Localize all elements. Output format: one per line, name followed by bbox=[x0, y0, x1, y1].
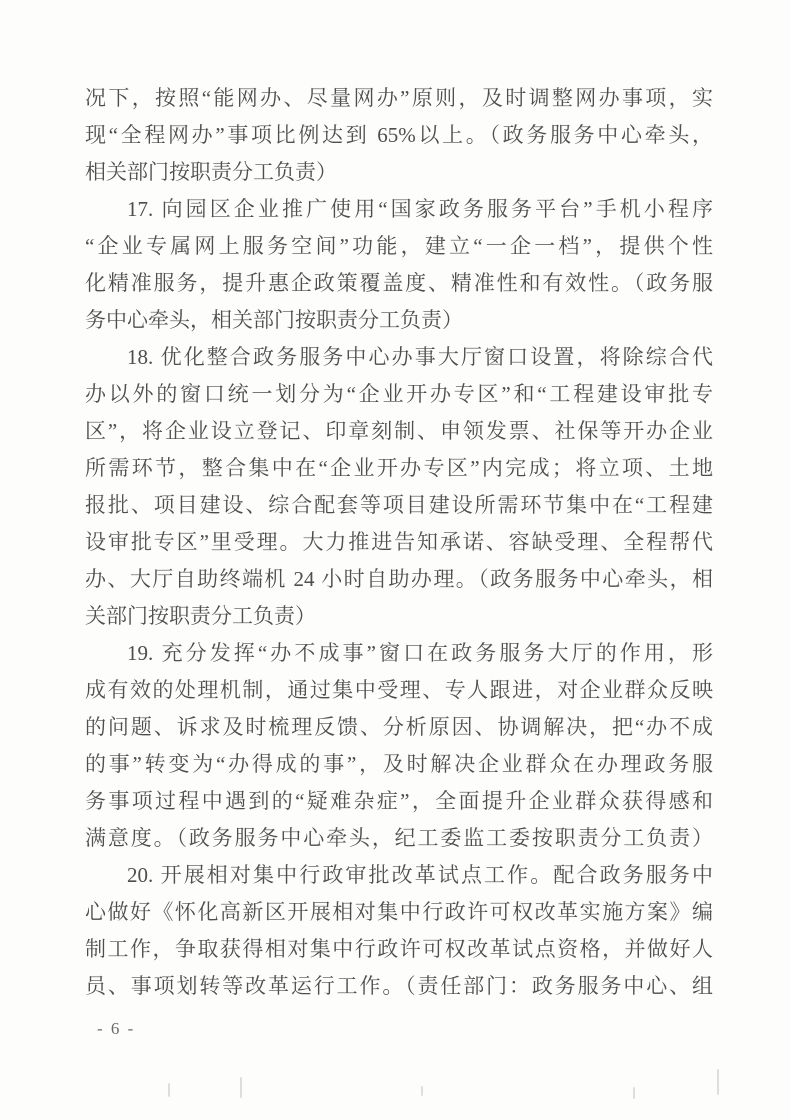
paragraph-item-17: 17. 向园区企业推广使用“国家政务服务平台”手机小程序 “企业专属网上服务空间… bbox=[85, 191, 713, 339]
scan-artifact bbox=[717, 1069, 719, 1095]
paragraph-item-16-continuation: 况下，按照“能网办、尽量网办”原则，及时调整网办事项，实 现“全程网办”事项比例… bbox=[85, 80, 713, 191]
text-line: 制工作，争取获得相对集中行政许可权改革试点资格，并做好人 bbox=[85, 931, 713, 968]
text-line: 报批、项目建设、综合配套等项目建设所需环节集中在“工程建 bbox=[85, 487, 713, 524]
text-line: 20. 开展相对集中行政审批改革试点工作。配合政务服务中 bbox=[85, 857, 713, 894]
text-line: 所需环节，整合集中在“企业开办专区”内完成；将立项、土地 bbox=[85, 450, 713, 487]
paragraph-item-18: 18. 优化整合政务服务中心办事大厅窗口设置，将除综合代 办以外的窗口统一划分为… bbox=[85, 339, 713, 635]
scan-artifact bbox=[168, 1083, 170, 1097]
text-line: 满意度。（政务服务中心牵头，纪工委监工委按职责分工负责） bbox=[85, 820, 713, 857]
text-line: 务中心牵头，相关部门按职责分工负责） bbox=[85, 302, 713, 339]
scanned-page: 况下，按照“能网办、尽量网办”原则，及时调整网办事项，实 现“全程网办”事项比例… bbox=[0, 0, 790, 1120]
text-line: 17. 向园区企业推广使用“国家政务服务平台”手机小程序 bbox=[85, 191, 713, 228]
text-line: 区”，将企业设立登记、印章刻制、申领发票、社保等开办企业 bbox=[85, 413, 713, 450]
text-line: 相关部门按职责分工负责） bbox=[85, 154, 713, 191]
paragraph-item-20: 20. 开展相对集中行政审批改革试点工作。配合政务服务中 心做好《怀化高新区开展… bbox=[85, 857, 713, 1005]
text-line: 关部门按职责分工负责） bbox=[85, 598, 713, 635]
scan-artifact bbox=[421, 1086, 423, 1096]
text-line: 设审批专区”里受理。大力推进告知承诺、容缺受理、全程帮代 bbox=[85, 524, 713, 561]
text-line: 成有效的处理机制，通过集中受理、专人跟进，对企业群众反映 bbox=[85, 672, 713, 709]
text-line: 况下，按照“能网办、尽量网办”原则，及时调整网办事项，实 bbox=[85, 80, 713, 117]
scan-artifact bbox=[240, 1077, 242, 1098]
document-body: 况下，按照“能网办、尽量网办”原则，及时调整网办事项，实 现“全程网办”事项比例… bbox=[85, 80, 713, 1005]
text-line: 现“全程网办”事项比例达到 65%以上。（政务服务中心牵头， bbox=[85, 117, 713, 154]
text-line: 化精准服务，提升惠企政策覆盖度、精准性和有效性。（政务服 bbox=[85, 265, 713, 302]
paragraph-item-19: 19. 充分发挥“办不成事”窗口在政务服务大厅的作用，形 成有效的处理机制，通过… bbox=[85, 635, 713, 857]
text-line: “企业专属网上服务空间”功能，建立“一企一档”，提供个性 bbox=[85, 228, 713, 265]
text-line: 的事”转变为“办得成的事”，及时解决企业群众在办理政务服 bbox=[85, 746, 713, 783]
text-line: 的问题、诉求及时梳理反馈、分析原因、协调解决，把“办不成 bbox=[85, 709, 713, 746]
text-line: 心做好《怀化高新区开展相对集中行政许可权改革实施方案》编 bbox=[85, 894, 713, 931]
text-line: 办、大厅自助终端机 24 小时自助办理。（政务服务中心牵头，相 bbox=[85, 561, 713, 598]
scan-artifact bbox=[633, 1087, 635, 1099]
text-line: 办以外的窗口统一划分为“企业开办专区”和“工程建设审批专 bbox=[85, 376, 713, 413]
page-number: - 6 - bbox=[97, 1019, 135, 1039]
text-line: 19. 充分发挥“办不成事”窗口在政务服务大厅的作用，形 bbox=[85, 635, 713, 672]
text-line: 务事项过程中遇到的“疑难杂症”，全面提升企业群众获得感和 bbox=[85, 783, 713, 820]
text-line: 员、事项划转等改革运行工作。（责任部门：政务服务中心、组 bbox=[85, 968, 713, 1005]
text-line: 18. 优化整合政务服务中心办事大厅窗口设置，将除综合代 bbox=[85, 339, 713, 376]
